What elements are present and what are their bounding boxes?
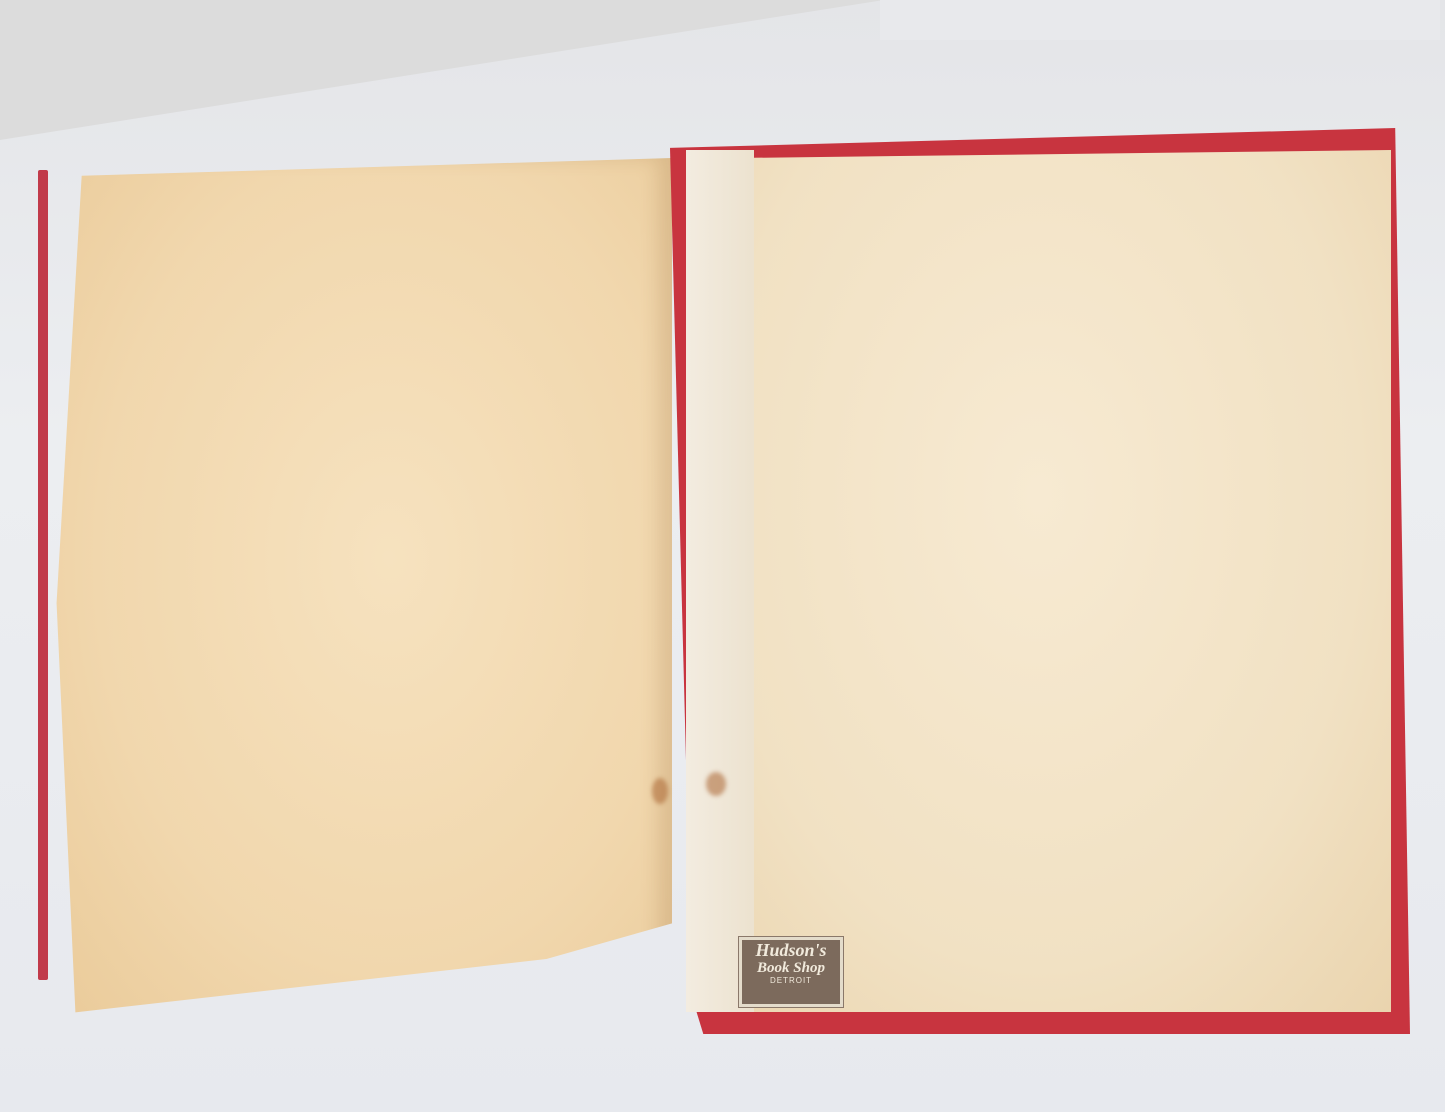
background-paper bbox=[0, 0, 890, 140]
foxing-stain bbox=[706, 772, 726, 796]
foxing-stain bbox=[652, 778, 668, 804]
right-endpaper bbox=[686, 150, 1391, 1012]
bookseller-label: Hudson's Book Shop DETROIT bbox=[739, 937, 843, 1007]
label-line-1: Hudson's bbox=[742, 940, 840, 960]
left-cover-edge bbox=[38, 170, 48, 980]
label-line-2: Book Shop bbox=[742, 960, 840, 976]
background-paper-right bbox=[880, 0, 1440, 40]
left-endpaper bbox=[44, 158, 672, 1048]
book-hinge bbox=[686, 150, 754, 1012]
label-line-3: DETROIT bbox=[742, 976, 840, 985]
